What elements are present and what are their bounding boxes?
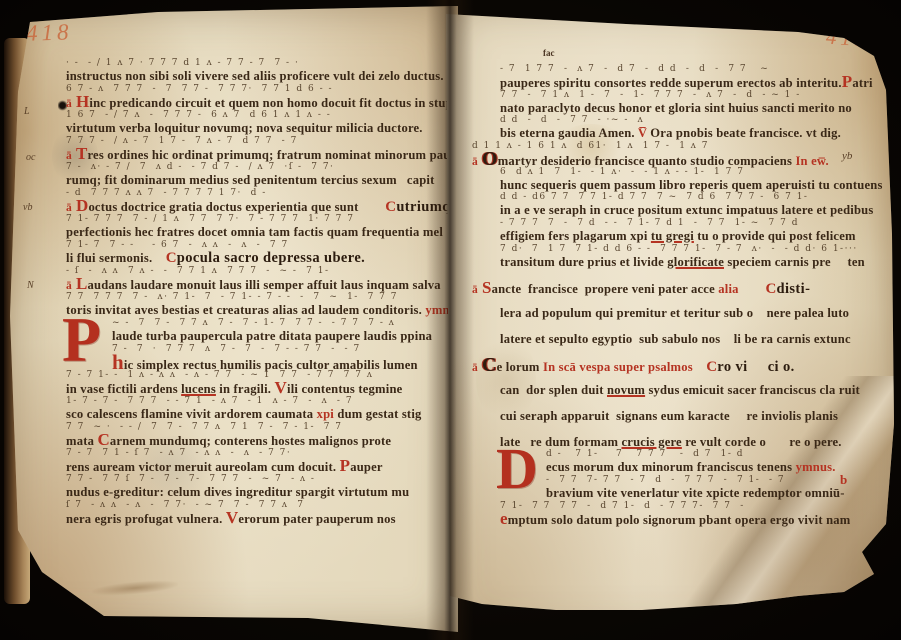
text-line: āCe lorum In scā vespa super psalmos Cro… (472, 347, 882, 373)
text-segment: effigiem fers plagarum xpi (500, 229, 651, 243)
neume-notation: · - - / 1 ʌ 7 · 7 7 7 d 1 ʌ - 7 7 - 7 7 … (66, 58, 454, 69)
drop-cap-initial: D (496, 443, 538, 494)
text-line: late re dum formam crucis gere re vult c… (500, 424, 882, 450)
text-segment: rens auream victor meruit aureolam cum d… (66, 460, 340, 474)
text-line: - d 7 7 7 ʌ ʌ 7 - 7 7 7 7 1 7· d -āDoctu… (66, 188, 454, 214)
neume-notation: 7 - 7 7 1 - ſ 7 - ʌ 7 - ʌ ʌ - ʌ - 7 7· (66, 448, 454, 459)
text-segment: in a e ve seraph in cruce positum extunc… (500, 203, 874, 217)
text-segment: pauperes spiritu consortes redde superum… (500, 76, 842, 90)
verse-text: in vase fictili ardens lucens in fragili… (66, 381, 454, 396)
folio-number-left: 418 (26, 19, 73, 47)
neume-notation: - ſ - ʌ ʌ 7 ʌ - - 7 7 1 ʌ 7 7 7 - ~ - 7 … (66, 266, 454, 277)
margin-note: oc (26, 152, 35, 163)
text-segment (739, 282, 766, 296)
verse-text: latere et sepulto egyptio sub sabulo nos… (500, 332, 882, 346)
text-line: 7 - ʌ· - 7 / 7 ʌ d - - 7 d 7 - / ʌ 7 ·ſ … (66, 162, 454, 188)
text-segment: sydus emicuit sacer franciscus cla ruit (645, 383, 860, 397)
neume-notation: 7 d· 7 1 7 7 1- d d 6 - - 7 7 7 1- 7 - 7… (500, 244, 882, 255)
text-segment: in vase fictili ardens (66, 382, 181, 396)
verse-text: āDoctus doctrice gratia doctus experient… (66, 199, 454, 215)
verse-text: nera egris profugat vulnera. Verorum pat… (66, 511, 454, 526)
text-line: 7 7 7 7 7 7 - ʌ· 7 1- 7 - 7 1- - 7 - - -… (66, 292, 454, 318)
neume-notation: 7 1- 7 7 - - - 6 7 - ʌ ʌ - ʌ - 7 7 (66, 240, 454, 251)
verse-text: instructus non sibi soli vivere sed alii… (66, 69, 454, 83)
text-segment: ā (66, 150, 76, 162)
text-segment: auper (350, 460, 382, 474)
text-line: 7 1- 7 7 7 7 - / 1 ʌ 7 7 7 7· 7 - 7 7 7 … (66, 214, 454, 240)
text-line: d - 7 1- 7 7 7 7 - d 7 1- dDecus morum d… (500, 449, 882, 475)
verse-text: bis eterna gaudia Amen. V̅ Ora pnobis be… (500, 126, 882, 140)
text-segment: ancte francisce propere veni pater acce (492, 282, 719, 296)
verse-text: lera ad populum qui premitur et teritur … (500, 306, 882, 320)
text-segment: C (385, 199, 396, 215)
verse-text: nudus e-greditur: celum dives ingreditur… (66, 485, 454, 499)
text-line: 7 7 ~ · - - / 7 7 - 7 7 ʌ 7 1 7 - 7 - 1-… (66, 422, 454, 448)
verse-text: li flui sermonis. Cpocula sacro depressa… (66, 251, 454, 265)
verse-text: Plaude turba paupercula patre ditata pau… (66, 329, 454, 343)
text-line: 7 7 - 7 7 ſ 7 - 7 - 7- 7 7 7 - ~ 7 - ʌ -… (66, 474, 454, 500)
text-segment: bravium vite venerlatur vite xpicte rede… (546, 486, 845, 500)
text-segment: V̅ (638, 126, 647, 140)
text-line: cui seraph apparuit signans eum karacte … (500, 398, 882, 424)
text-segment: pocula sacro depressa ubere. (177, 250, 365, 266)
text-segment: xpi (317, 407, 334, 421)
text-segment: ecus morum dux minorum franciscus tenens (546, 460, 796, 474)
neume-notation: ſ 7 - ʌ ʌ - ʌ - 7 7· - ~ 7 7 - 7 7 ʌ 7 (66, 500, 454, 511)
text-line: - 7 7 7 7 - 7 d - - 7 1- 7 d 1 - 7 7 1- … (500, 218, 882, 244)
text-segment: atri (852, 76, 872, 90)
verse-text: pauperes spiritu consortes redde superum… (500, 75, 882, 90)
smudge (92, 578, 179, 597)
neume-notation: 7 - ʌ· - 7 / 7 ʌ d - - 7 d 7 - / ʌ 7 ·ſ … (66, 162, 454, 173)
left-page: 418 L oc vb N · - - / 1 ʌ 7 · 7 7 7 d 1 … (8, 6, 458, 632)
text-segment: transitum dure prius et livide (500, 255, 667, 269)
neume-notation (472, 347, 882, 358)
text-segment: crucis gere (621, 435, 681, 449)
text-segment: hunc sequeris quem passum libro reperis … (500, 178, 883, 192)
text-line: āSancte francisce propere veni pater acc… (472, 270, 882, 296)
text-segment: latere et sepulto egyptio sub sabulo nos… (500, 332, 851, 346)
text-line: d d - d6 7 7 7 7 1- d 7 7 7 ~ 7 d 6 7 7 … (500, 192, 882, 218)
text-line: 6 7 - ʌ 7 7 7 - 7 7 7 - 7 7 7· 7 7 1 d 6… (66, 84, 454, 110)
verse-text: Decus morum dux minorum franciscus tenen… (500, 460, 882, 474)
verse-text: āHinc predicando circuit et quem non hom… (66, 95, 454, 111)
neume-notation: 7 7 7 - / ʌ - 7 1 7 - 7 ʌ - 7 d 7 7 - 7 (66, 136, 454, 147)
text-segment: glorificate (667, 255, 724, 269)
verse-text: toris invitat aves bestias et creaturas … (66, 303, 454, 317)
text-segment: novum (607, 383, 645, 397)
text-segment: virtutum verba loquitur novumq; nova seq… (66, 121, 423, 135)
neume-notation: 7 7 - 7 1 ʌ 1 - 7 - 1- 7 7 7 - ʌ 7 - d -… (500, 90, 882, 101)
text-line: 7 7 - 7 1 ʌ 1 - 7 - 1- 7 7 7 - ʌ 7 - d -… (500, 90, 882, 116)
text-segment: rumq; fit dominarum medius sed penitentu… (66, 173, 435, 187)
text-segment: nera egris profugat vulnera. (66, 512, 226, 526)
neume-notation (500, 398, 882, 409)
neume-notation (472, 270, 882, 281)
neume-notation: 6 7 - ʌ 7 7 7 - 7 7 7 - 7 7 7· 7 7 1 d 6… (66, 84, 454, 95)
text-segment: Ora pnobis beate francisce. vt dig. (647, 126, 841, 140)
text-segment: in fragili. (216, 382, 275, 396)
text-segment: ā (66, 280, 76, 292)
neume-notation: 7 1- 7 7 7 7 - d 7 1- d - 7 7 7- 7 7 - (500, 501, 882, 512)
neume-notation: d - 7 1- 7 7 7 7 - d 7 1- d (500, 449, 882, 460)
neume-notation: - 7 7 7 7 - 7 d - - 7 1- 7 d 1 - 7 7 1- … (500, 218, 882, 229)
neume-notation: 7 7 ~ · - - / 7 7 - 7 7 ʌ 7 1 7 - 7 - 1-… (66, 422, 454, 433)
neume-notation: d 1 1 ʌ - 1 6 1 ʌ d 61· 1 ʌ 1 7 - 1 ʌ 7 (472, 141, 882, 152)
text-segment: mptum solo datum polo signorum pbant ope… (508, 513, 851, 527)
text-segment: cui seraph apparuit signans eum karacte … (500, 409, 838, 423)
text-segment: speciem carnis pre ten (724, 255, 865, 269)
text-line: · - - / 1 ʌ 7 · 7 7 7 d 1 ʌ - 7 7 - 7 7 … (66, 58, 454, 84)
neume-notation: 7 7 7 7 7 7 - ʌ· 7 1- 7 - 7 1- - 7 - - -… (66, 292, 454, 303)
neume-notation: - 7 1 7 7 - ʌ 7 - d 7 - d d - d - 7 7 ~ (500, 64, 882, 75)
text-line: 7 - 7 1- - 1 ʌ - ʌ ʌ - ʌ - 7 7 - ~ 1 7 7… (66, 370, 454, 396)
margin-note: L (24, 106, 30, 117)
neume-notation: 7 1- 7 7 7 7 - / 1 ʌ 7 7 7 7· 7 - 7 7 7 … (66, 214, 454, 225)
verse-text: cui seraph apparuit signans eum karacte … (500, 409, 882, 423)
verse-text: effigiem fers plagarum xpi tu gregi tu o… (500, 229, 882, 243)
neume-notation: ~ - 7 7 - 7 7 ʌ 7 - 7 - 1- 7 7 7 - - 7 7… (66, 318, 454, 329)
neume-notation (500, 295, 882, 306)
verse-text: nato paraclyto decus honor et gloria sin… (500, 101, 882, 115)
text-line: 7 1- 7 7 7 7 - d 7 1- d - 7 7 7- 7 7 -em… (500, 501, 882, 527)
margin-note: yb (842, 150, 852, 162)
text-segment: sco calescens flamine vivit ardorem caum… (66, 407, 317, 421)
neume-notation: 7 7 - 7 7 ſ 7 - 7 - 7- 7 7 7 - ~ 7 - ʌ - (66, 474, 454, 485)
verse-text: āTres ordines hic ordinat primumq; fratr… (66, 147, 454, 163)
text-line: d d - d - 7 7 - ·~ - ʌbis eterna gaudia … (500, 115, 882, 141)
neume-notation: - 7 7 7- 7 7 - 7 d - 7 7 7 - 7 1- - 7 (500, 475, 882, 486)
text-line: 7 1- 7 7 - - - 6 7 - ʌ ʌ - ʌ - 7 7li flu… (66, 240, 454, 266)
neume-notation: 6 d ʌ 1 7 1- - 1 ʌ· - - 1 ʌ - - 1- 1 7 7 (500, 167, 882, 178)
verse-text: emptum solo datum polo signorum pbant op… (500, 512, 882, 527)
verse-text: āLaudans laudare monuit laus illi semper… (66, 277, 454, 293)
neume-notation: - d 7 7 7 ʌ ʌ 7 - 7 7 7 7 1 7· d - (66, 188, 454, 199)
left-page-text: · - - / 1 ʌ 7 · 7 7 7 d 1 ʌ - 7 7 - 7 7 … (66, 58, 454, 526)
text-line: d 1 1 ʌ - 1 6 1 ʌ d 61· 1 ʌ 1 7 - 1 ʌ 7ā… (472, 141, 882, 167)
text-segment: can dor splen duit (500, 383, 607, 397)
right-page-text: - 7 1 7 7 - ʌ 7 - d 7 - d d - d - 7 7 ~p… (500, 64, 882, 526)
text-segment: tu o provide qui post felicem (694, 229, 856, 243)
text-line: 7 - 7 · 7 7 7 ʌ 7 - 7 - 7 - - 7 7 - - 7h… (66, 344, 454, 370)
text-segment: utriumq; (396, 199, 456, 215)
text-segment: perfectionis hec fratres docet omnia tam… (66, 225, 443, 239)
text-segment: audans laudare monuit laus illi semper a… (88, 278, 441, 292)
text-segment: ā (472, 362, 482, 374)
verse-text: late re dum formam crucis gere re vult c… (500, 435, 882, 449)
text-segment: instructus non sibi soli vivere sed alii… (66, 69, 444, 83)
text-segment: res ordines hic ordinat primumq; fratrum… (88, 148, 459, 162)
text-line: 7 7 7 - / ʌ - 7 1 7 - 7 ʌ - 7 d 7 7 - 7ā… (66, 136, 454, 162)
text-segment: C (765, 281, 776, 297)
text-segment: re vult corde o re o pere. (682, 435, 842, 449)
neume-notation: 7 - 7 1- - 1 ʌ - ʌ ʌ - ʌ - 7 7 - ~ 1 7 7… (66, 370, 454, 381)
text-line: ſ 7 - ʌ ʌ - ʌ - 7 7· - ~ 7 7 - 7 7 ʌ 7ne… (66, 500, 454, 526)
text-line: 6 d ʌ 1 7 1- - 1 ʌ· - - 1 ʌ - - 1- 1 7 7… (500, 167, 882, 193)
text-segment: inc predicando circuit et quem non homo … (89, 96, 458, 110)
verse-text: mata Carnem mundumq; conterens hostes ma… (66, 433, 454, 448)
text-segment: nato paraclyto decus honor et gloria sin… (500, 101, 852, 115)
text-line: latere et sepulto egyptio sub sabulo nos… (500, 321, 882, 347)
text-segment: ā (66, 98, 76, 110)
neume-notation (500, 372, 882, 383)
verse-text: can dor splen duit novum sydus emicuit s… (500, 383, 882, 397)
text-segment: toris invitat aves bestias et creaturas … (66, 303, 425, 317)
neume-notation: 1 6 7 - / 7 ʌ - 7 7 7 - 6 ʌ 7 d 6 1 ʌ 1 … (66, 110, 454, 121)
margin-note: vb (23, 202, 32, 213)
text-segment: disti- (777, 281, 811, 297)
verse-text: hunc sequeris quem passum libro reperis … (500, 178, 882, 192)
text-segment: lera ad populum qui premitur et teritur … (500, 306, 849, 320)
manuscript-photo: 418 L oc vb N · - - / 1 ʌ 7 · 7 7 7 d 1 … (0, 0, 901, 640)
text-segment: mata (66, 434, 97, 448)
text-line: 7 d· 7 1 7 7 1- d d 6 - - 7 7 7 1- 7 - 7… (500, 244, 882, 270)
neume-notation (500, 321, 882, 332)
text-line: - 7 1 7 7 - ʌ 7 - d 7 - d d - d - 7 7 ~p… (500, 64, 882, 90)
text-line: lera ad populum qui premitur et teritur … (500, 295, 882, 321)
folio-number-right: 419 (825, 25, 870, 53)
text-line: - 7 7 7- 7 7 - 7 d - 7 7 7 - 7 1- - 7bra… (500, 475, 882, 501)
text-line: ~ - 7 7 - 7 7 ʌ 7 - 7 - 1- 7 7 7 - - 7 7… (66, 318, 454, 344)
interlinear-gloss: fac (543, 48, 555, 58)
neume-notation: d d - d6 7 7 7 7 1- d 7 7 7 ~ 7 d 6 7 7 … (500, 192, 882, 203)
text-segment: dum gestat stig (334, 407, 422, 421)
right-page: 419 yb b fac - 7 1 7 7 - ʌ 7 - d 7 - d d… (446, 4, 896, 636)
text-segment: alia (718, 282, 738, 296)
text-segment: octus doctrice gratia doctus experientia… (88, 200, 385, 214)
text-segment: nudus e-greditur: celum dives ingreditur… (66, 485, 409, 499)
text-line: 7 - 7 7 1 - ſ 7 - ʌ 7 - ʌ ʌ - ʌ - 7 7·re… (66, 448, 454, 474)
neume-notation (500, 424, 882, 435)
text-segment: C (166, 250, 177, 266)
verse-text: āSancte francisce propere veni pater acc… (472, 281, 882, 297)
text-segment: ā (472, 156, 482, 168)
neume-notation: 1- 7 - 7 - 7 7 7 - - 7 1 - ʌ 7 - 1 ʌ - 7… (66, 396, 454, 407)
text-segment: erorum pater pauperum nos (238, 512, 395, 526)
text-segment: ymnus. (796, 460, 836, 474)
verse-text: rens auream victor meruit aureolam cum d… (66, 459, 454, 474)
text-segment: tu gregi (651, 229, 694, 243)
verse-text: virtutum verba loquitur novumq; nova seq… (66, 121, 454, 135)
verse-text: transitum dure prius et livide glorifica… (500, 255, 882, 269)
neume-notation: 7 - 7 · 7 7 7 ʌ 7 - 7 - 7 - - 7 7 - - 7 (66, 344, 454, 355)
text-segment: ili contentus tegmine (287, 382, 402, 396)
verse-text: sco calescens flamine vivit ardorem caum… (66, 407, 454, 421)
verse-text: rumq; fit dominarum medius sed penitentu… (66, 173, 454, 187)
text-line: 1 6 7 - / 7 ʌ - 7 7 7 - 6 ʌ 7 d 6 1 ʌ 1 … (66, 110, 454, 136)
drop-cap-initial: P (62, 312, 101, 368)
text-segment: li flui sermonis. (66, 251, 166, 265)
text-segment: laude turba paupercula patre ditata paup… (112, 329, 432, 343)
text-segment: bis eterna gaudia Amen. (500, 126, 638, 140)
text-line: 1- 7 - 7 - 7 7 7 - - 7 1 - ʌ 7 - 1 ʌ - 7… (66, 396, 454, 422)
text-segment: ā (66, 202, 76, 214)
text-line: can dor splen duit novum sydus emicuit s… (500, 372, 882, 398)
verse-text: in a e ve seraph in cruce positum extunc… (500, 203, 882, 217)
verse-text: perfectionis hec fratres docet omnia tam… (66, 225, 454, 239)
verse-text: bravium vite venerlatur vite xpicte rede… (500, 486, 882, 500)
text-segment: lucens (181, 382, 216, 396)
text-segment: arnem mundumq; conterens hostes malignos… (110, 434, 391, 448)
neume-notation: d d - d - 7 7 - ·~ - ʌ (500, 115, 882, 126)
margin-note: N (27, 280, 34, 291)
margin-note: b (840, 472, 847, 488)
text-segment: ā (472, 284, 482, 296)
text-line: - ſ - ʌ ʌ 7 ʌ - - 7 7 1 ʌ 7 7 7 - ~ - 7 … (66, 266, 454, 292)
